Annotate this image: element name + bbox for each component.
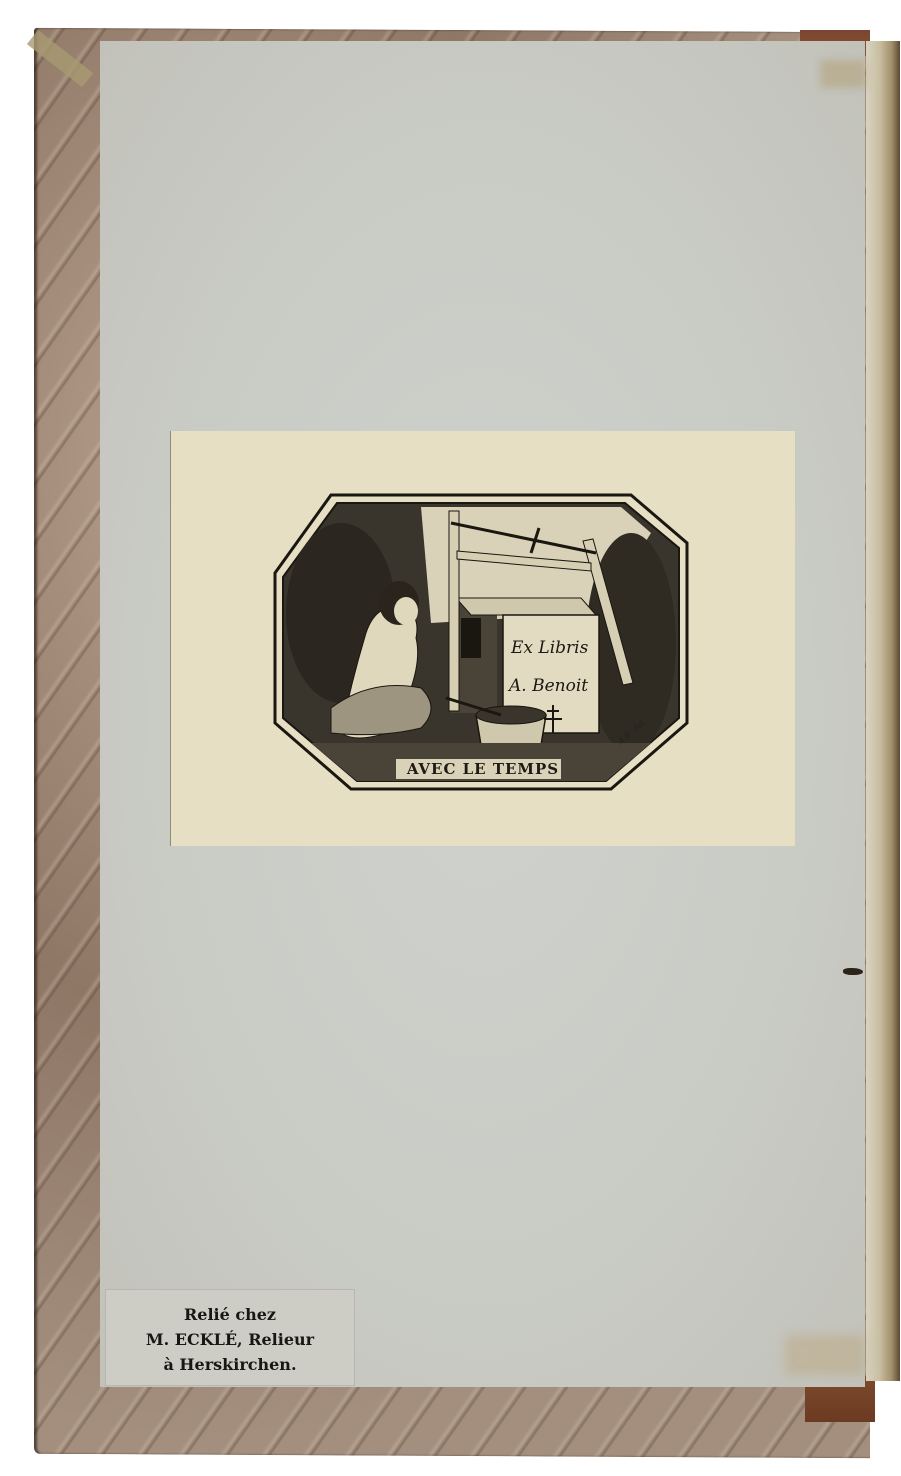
- binder-label: Relié chez M. ECKLÉ, Relieur à Herskirch…: [106, 1290, 354, 1385]
- hinge-flyleaf: [866, 41, 900, 1381]
- binder-label-line: Relié chez: [106, 1302, 354, 1327]
- ex-libris-bookplate: Ex Libris A. Benoit AVEC LE TEMPS A.B. d…: [171, 431, 795, 846]
- stain: [785, 1335, 865, 1375]
- binder-label-line: à Herskirchen.: [106, 1352, 354, 1377]
- stain: [820, 60, 866, 88]
- ink-spot: [843, 968, 863, 975]
- bookplate-motto: AVEC LE TEMPS: [171, 760, 795, 778]
- ex-libris-text: Ex Libris: [511, 638, 588, 658]
- owner-name: A. Benoit: [509, 676, 588, 696]
- binder-label-line: M. ECKLÉ, Relieur: [106, 1327, 354, 1352]
- engraving-illustration: [271, 493, 691, 793]
